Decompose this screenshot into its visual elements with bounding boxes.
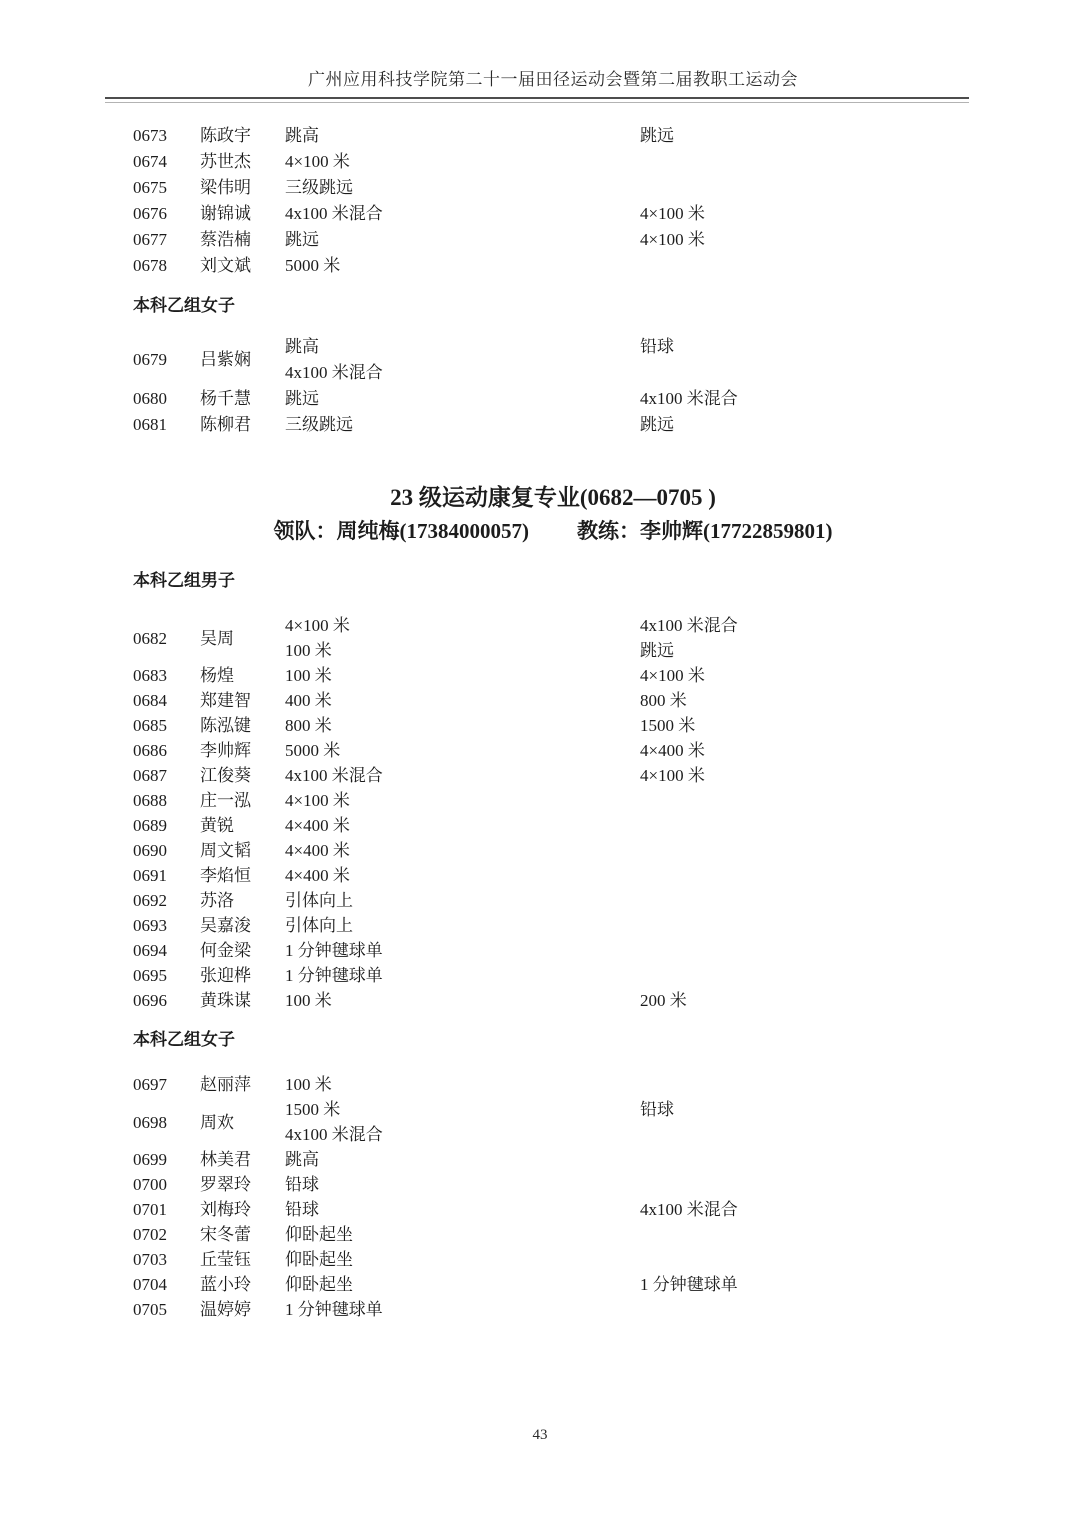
- athlete-row: 0686李帅辉5000 米4×400 米: [133, 738, 973, 763]
- athlete-row: 0698周欢1500 米4x100 米混合铅球: [133, 1097, 973, 1147]
- event-entry: 4×400 米: [285, 838, 640, 863]
- event-entry: 0696: [133, 988, 200, 1013]
- event-entry: 苏洛: [200, 888, 285, 913]
- athlete-row: 0700罗翠玲铅球: [133, 1172, 973, 1197]
- event-entry: 宋冬蕾: [200, 1222, 285, 1247]
- event-entry: 0676: [133, 201, 200, 227]
- athlete-row: 0675梁伟明三级跳远: [133, 175, 973, 201]
- event-entry: 4x100 米混合: [640, 386, 973, 412]
- event-entry: 陈泓键: [200, 713, 285, 738]
- athlete-number: 0698: [133, 1097, 200, 1147]
- athlete-events-secondary: [640, 813, 973, 838]
- athlete-events-primary: 跳高: [285, 123, 640, 149]
- event-entry: 4×100 米: [640, 201, 973, 227]
- athlete-events-primary: 引体向上: [285, 913, 640, 938]
- athlete-events-primary: 800 米: [285, 713, 640, 738]
- event-entry: 0675: [133, 175, 200, 201]
- athlete-events-primary: 跳远: [285, 386, 640, 412]
- running-header-title: 广州应用科技学院第二十一届田径运动会暨第二届教职工运动会: [133, 70, 973, 89]
- athlete-name: 李帅辉: [200, 738, 285, 763]
- athlete-events-primary: 跳远: [285, 227, 640, 253]
- roster-group-women-2: 0697赵丽萍100 米0698周欢1500 米4x100 米混合铅球0699林…: [133, 1072, 973, 1322]
- athlete-number: 0684: [133, 688, 200, 713]
- event-entry: 0688: [133, 788, 200, 813]
- event-entry: 梁伟明: [200, 175, 285, 201]
- event-entry: 4x100 米混合: [640, 1197, 973, 1222]
- document-content: 0673陈政宇跳高跳远0674苏世杰4×100 米0675梁伟明三级跳远0676…: [133, 123, 973, 1322]
- event-entry: 4x100 米混合: [285, 1122, 640, 1147]
- athlete-number: 0697: [133, 1072, 200, 1097]
- event-entry: 三级跳远: [285, 175, 640, 201]
- event-entry: 跳远: [640, 123, 973, 149]
- athlete-number: 0703: [133, 1247, 200, 1272]
- event-entry: 0681: [133, 412, 200, 438]
- event-entry: 200 米: [640, 988, 973, 1013]
- athlete-row: 0677蔡浩楠跳远4×100 米: [133, 227, 973, 253]
- athlete-name: 陈柳君: [200, 412, 285, 438]
- athlete-number: 0675: [133, 175, 200, 201]
- team-coach-text: 教练：李帅辉(17722859801): [577, 516, 833, 546]
- event-entry: 仰卧起坐: [285, 1272, 640, 1297]
- athlete-name: 杨煌: [200, 663, 285, 688]
- athlete-row: 0685陈泓键800 米1500 米: [133, 713, 973, 738]
- event-entry: 蔡浩楠: [200, 227, 285, 253]
- athlete-name: 温婷婷: [200, 1297, 285, 1322]
- event-entry: 苏世杰: [200, 149, 285, 175]
- athlete-number: 0683: [133, 663, 200, 688]
- event-entry: 4×100 米: [285, 788, 640, 813]
- athlete-events-primary: 4×100 米: [285, 149, 640, 175]
- event-entry: 黄锐: [200, 813, 285, 838]
- event-entry: 跳远: [640, 412, 973, 438]
- athlete-name: 罗翠玲: [200, 1172, 285, 1197]
- athlete-events-secondary: [640, 1147, 973, 1172]
- athlete-name: 苏洛: [200, 888, 285, 913]
- event-entry: 跳远: [285, 386, 640, 412]
- athlete-row: 0699林美君跳高: [133, 1147, 973, 1172]
- athlete-number: 0701: [133, 1197, 200, 1222]
- athlete-events-primary: 100 米: [285, 988, 640, 1013]
- event-entry: 4×100 米: [640, 663, 973, 688]
- athlete-events-primary: 4x100 米混合: [285, 201, 640, 227]
- athlete-events-secondary: 4×100 米: [640, 227, 973, 253]
- athlete-events-secondary: 跳远: [640, 412, 973, 438]
- athlete-number: 0687: [133, 763, 200, 788]
- event-entry: 吕紫娴: [200, 347, 285, 373]
- athlete-events-secondary: 4×100 米: [640, 201, 973, 227]
- event-entry: 0673: [133, 123, 200, 149]
- event-entry: 0701: [133, 1197, 200, 1222]
- event-entry: 蓝小玲: [200, 1272, 285, 1297]
- roster-group-continuation: 0673陈政宇跳高跳远0674苏世杰4×100 米0675梁伟明三级跳远0676…: [133, 123, 973, 279]
- athlete-events-secondary: 4×100 米: [640, 763, 973, 788]
- athlete-number: 0689: [133, 813, 200, 838]
- event-entry: 杨煌: [200, 663, 285, 688]
- athlete-row: 0688庄一泓4×100 米: [133, 788, 973, 813]
- athlete-name: 吴嘉浚: [200, 913, 285, 938]
- event-entry: 0704: [133, 1272, 200, 1297]
- athlete-events-secondary: [640, 1222, 973, 1247]
- document-page: 广州应用科技学院第二十一届田径运动会暨第二届教职工运动会 0673陈政宇跳高跳远…: [0, 0, 1080, 1515]
- event-entry: 0685: [133, 713, 200, 738]
- event-entry: 跳远: [285, 227, 640, 253]
- athlete-number: 0696: [133, 988, 200, 1013]
- event-entry: 4x100 米混合: [285, 201, 640, 227]
- athlete-events-primary: 4×400 米: [285, 838, 640, 863]
- event-entry: 跳高: [285, 1147, 640, 1172]
- event-entry: 仰卧起坐: [285, 1222, 640, 1247]
- athlete-events-primary: 1 分钟毽球单: [285, 938, 640, 963]
- athlete-events-secondary: 200 米: [640, 988, 973, 1013]
- athlete-events-secondary: [640, 963, 973, 988]
- team-leader-text: 领队：周纯梅(17384000057): [274, 516, 530, 546]
- event-entry: 黄珠谋: [200, 988, 285, 1013]
- athlete-row: 0691李焰恒4×400 米: [133, 863, 973, 888]
- event-entry: 铅球: [285, 1172, 640, 1197]
- event-entry: 李焰恒: [200, 863, 285, 888]
- athlete-events-primary: 4×100 米: [285, 788, 640, 813]
- event-entry: 4x100 米混合: [285, 763, 640, 788]
- athlete-number: 0673: [133, 123, 200, 149]
- event-entry: 1 分钟毽球单: [285, 1297, 640, 1322]
- athlete-events-secondary: [640, 863, 973, 888]
- athlete-events-secondary: 4x100 米混合: [640, 1197, 973, 1222]
- athlete-events-primary: 100 米: [285, 663, 640, 688]
- athlete-row: 0687江俊葵4x100 米混合4×100 米: [133, 763, 973, 788]
- event-entry: 0674: [133, 149, 200, 175]
- event-entry: 4x100 米混合: [285, 360, 640, 386]
- event-entry: 跳远: [640, 638, 973, 663]
- event-entry: 1 分钟毽球单: [285, 938, 640, 963]
- athlete-events-secondary: [640, 149, 973, 175]
- athlete-name: 苏世杰: [200, 149, 285, 175]
- event-entry: 0684: [133, 688, 200, 713]
- athlete-number: 0676: [133, 201, 200, 227]
- athlete-name: 周文韬: [200, 838, 285, 863]
- athlete-events-secondary: 4×100 米: [640, 663, 973, 688]
- athlete-name: 郑建智: [200, 688, 285, 713]
- event-entry: 江俊葵: [200, 763, 285, 788]
- athlete-name: 刘梅玲: [200, 1197, 285, 1222]
- athlete-events-primary: 5000 米: [285, 738, 640, 763]
- event-entry: 铅球: [285, 1197, 640, 1222]
- athlete-number: 0690: [133, 838, 200, 863]
- event-entry: 400 米: [285, 688, 640, 713]
- athlete-number: 0705: [133, 1297, 200, 1322]
- athlete-number: 0685: [133, 713, 200, 738]
- athlete-events-secondary: [640, 1247, 973, 1272]
- athlete-events-secondary: 4x100 米混合跳远: [640, 613, 973, 663]
- athlete-events-secondary: [640, 1297, 973, 1322]
- event-entry: 铅球: [640, 1097, 973, 1122]
- event-entry: 周欢: [200, 1110, 285, 1135]
- event-entry: 0694: [133, 938, 200, 963]
- event-entry: 100 米: [285, 988, 640, 1013]
- athlete-row: 0681陈柳君三级跳远跳远: [133, 412, 973, 438]
- section-label-undergrad-b-women-2: 本科乙组女子: [133, 1027, 973, 1053]
- event-entry: 0687: [133, 763, 200, 788]
- athlete-events-primary: 铅球: [285, 1197, 640, 1222]
- athlete-number: 0682: [133, 613, 200, 663]
- athlete-number: 0674: [133, 149, 200, 175]
- event-entry: 4×100 米: [640, 227, 973, 253]
- event-entry: 0705: [133, 1297, 200, 1322]
- event-entry: 引体向上: [285, 913, 640, 938]
- athlete-name: 杨千慧: [200, 386, 285, 412]
- event-entry: 0690: [133, 838, 200, 863]
- athlete-name: 吴周: [200, 613, 285, 663]
- event-entry: 0698: [133, 1110, 200, 1135]
- athlete-number: 0688: [133, 788, 200, 813]
- event-entry: 刘文斌: [200, 253, 285, 279]
- event-entry: 1 分钟毽球单: [640, 1272, 973, 1297]
- athlete-events-primary: 400 米: [285, 688, 640, 713]
- athlete-number: 0686: [133, 738, 200, 763]
- athlete-name: 梁伟明: [200, 175, 285, 201]
- athlete-number: 0694: [133, 938, 200, 963]
- athlete-number: 0699: [133, 1147, 200, 1172]
- program-title: 23 级运动康复专业(0682—0705 ): [133, 482, 973, 514]
- athlete-row: 0683杨煌100 米4×100 米: [133, 663, 973, 688]
- section-label-undergrad-b-men: 本科乙组男子: [133, 568, 973, 594]
- athlete-events-primary: 5000 米: [285, 253, 640, 279]
- athlete-events-secondary: [640, 1172, 973, 1197]
- event-entry: 0686: [133, 738, 200, 763]
- event-entry: 铅球: [640, 334, 973, 360]
- athlete-number: 0691: [133, 863, 200, 888]
- event-entry: 仰卧起坐: [285, 1247, 640, 1272]
- athlete-events-primary: 1500 米4x100 米混合: [285, 1097, 640, 1147]
- athlete-row: 0679吕紫娴跳高4x100 米混合铅球: [133, 334, 973, 386]
- athlete-number: 0704: [133, 1272, 200, 1297]
- athlete-name: 张迎桦: [200, 963, 285, 988]
- athlete-name: 黄珠谋: [200, 988, 285, 1013]
- event-entry: 0692: [133, 888, 200, 913]
- event-entry: 引体向上: [285, 888, 640, 913]
- event-entry: 0695: [133, 963, 200, 988]
- athlete-row: 0694何金梁1 分钟毽球单: [133, 938, 973, 963]
- event-entry: 0683: [133, 663, 200, 688]
- athlete-name: 刘文斌: [200, 253, 285, 279]
- event-entry: 何金梁: [200, 938, 285, 963]
- event-entry: 陈政宇: [200, 123, 285, 149]
- athlete-events-secondary: 铅球: [640, 334, 973, 386]
- page-number: 43: [0, 1424, 1080, 1446]
- header-rule: [105, 97, 969, 103]
- event-entry: 0679: [133, 347, 200, 373]
- event-entry: 0703: [133, 1247, 200, 1272]
- event-entry: 100 米: [285, 663, 640, 688]
- event-entry: 1500 米: [285, 1097, 640, 1122]
- event-entry: 丘莹钰: [200, 1247, 285, 1272]
- athlete-row: 0693吴嘉浚引体向上: [133, 913, 973, 938]
- athlete-name: 江俊葵: [200, 763, 285, 788]
- event-entry: 李帅辉: [200, 738, 285, 763]
- event-entry: 5000 米: [285, 738, 640, 763]
- event-entry: 4×400 米: [285, 863, 640, 888]
- athlete-name: 林美君: [200, 1147, 285, 1172]
- athlete-events-primary: 仰卧起坐: [285, 1272, 640, 1297]
- event-entry: 4×100 米: [640, 763, 973, 788]
- event-entry: 刘梅玲: [200, 1197, 285, 1222]
- program-staff-line: 领队：周纯梅(17384000057) 教练：李帅辉(17722859801): [133, 516, 973, 546]
- event-entry: 0691: [133, 863, 200, 888]
- athlete-events-secondary: 跳远: [640, 123, 973, 149]
- athlete-name: 周欢: [200, 1097, 285, 1147]
- athlete-events-primary: 跳高4x100 米混合: [285, 334, 640, 386]
- athlete-events-primary: 铅球: [285, 1172, 640, 1197]
- athlete-row: 0680杨千慧跳远4x100 米混合: [133, 386, 973, 412]
- athlete-name: 黄锐: [200, 813, 285, 838]
- event-entry: 1500 米: [640, 713, 973, 738]
- event-entry: 4×400 米: [640, 738, 973, 763]
- event-entry: 100 米: [285, 1072, 640, 1097]
- athlete-events-secondary: [640, 175, 973, 201]
- athlete-events-primary: 仰卧起坐: [285, 1222, 640, 1247]
- athlete-events-primary: 仰卧起坐: [285, 1247, 640, 1272]
- athlete-number: 0695: [133, 963, 200, 988]
- event-entry: 温婷婷: [200, 1297, 285, 1322]
- event-entry: 赵丽萍: [200, 1072, 285, 1097]
- athlete-events-secondary: 800 米: [640, 688, 973, 713]
- event-entry: 1 分钟毽球单: [285, 963, 640, 988]
- athlete-events-primary: 跳高: [285, 1147, 640, 1172]
- athlete-row: 0696黄珠谋100 米200 米: [133, 988, 973, 1013]
- event-entry: 4×100 米: [285, 149, 640, 175]
- athlete-row: 0682吴周4×100 米100 米4x100 米混合跳远: [133, 613, 973, 663]
- athlete-row: 0702宋冬蕾仰卧起坐: [133, 1222, 973, 1247]
- event-entry: 三级跳远: [285, 412, 640, 438]
- roster-group-women: 0679吕紫娴跳高4x100 米混合铅球0680杨千慧跳远4x100 米混合06…: [133, 334, 973, 438]
- event-entry: 庄一泓: [200, 788, 285, 813]
- event-entry: 0702: [133, 1222, 200, 1247]
- athlete-name: 谢锦诚: [200, 201, 285, 227]
- athlete-events-primary: 1 分钟毽球单: [285, 963, 640, 988]
- athlete-events-primary: 100 米: [285, 1072, 640, 1097]
- roster-group-men: 0682吴周4×100 米100 米4x100 米混合跳远0683杨煌100 米…: [133, 613, 973, 1013]
- athlete-events-primary: 三级跳远: [285, 412, 640, 438]
- event-entry: 800 米: [640, 688, 973, 713]
- athlete-number: 0681: [133, 412, 200, 438]
- athlete-number: 0692: [133, 888, 200, 913]
- athlete-name: 庄一泓: [200, 788, 285, 813]
- athlete-name: 丘莹钰: [200, 1247, 285, 1272]
- event-entry: 5000 米: [285, 253, 640, 279]
- athlete-events-secondary: 1500 米: [640, 713, 973, 738]
- athlete-name: 蓝小玲: [200, 1272, 285, 1297]
- athlete-row: 0705温婷婷1 分钟毽球单: [133, 1297, 973, 1322]
- event-entry: 0680: [133, 386, 200, 412]
- athlete-events-secondary: [640, 788, 973, 813]
- athlete-events-primary: 4×100 米100 米: [285, 613, 640, 663]
- athlete-events-primary: 4x100 米混合: [285, 763, 640, 788]
- athlete-name: 赵丽萍: [200, 1072, 285, 1097]
- athlete-row: 0676谢锦诚4x100 米混合4×100 米: [133, 201, 973, 227]
- athlete-row: 0697赵丽萍100 米: [133, 1072, 973, 1097]
- athlete-events-secondary: [640, 938, 973, 963]
- event-entry: 800 米: [285, 713, 640, 738]
- athlete-events-primary: 1 分钟毽球单: [285, 1297, 640, 1322]
- athlete-row: 0704蓝小玲仰卧起坐1 分钟毽球单: [133, 1272, 973, 1297]
- event-entry: 吴嘉浚: [200, 913, 285, 938]
- athlete-events-secondary: [640, 888, 973, 913]
- athlete-number: 0700: [133, 1172, 200, 1197]
- athlete-number: 0677: [133, 227, 200, 253]
- event-entry: 周文韬: [200, 838, 285, 863]
- athlete-number: 0702: [133, 1222, 200, 1247]
- event-entry: 跳高: [285, 123, 640, 149]
- event-entry: 跳高: [285, 334, 640, 360]
- athlete-row: 0703丘莹钰仰卧起坐: [133, 1247, 973, 1272]
- event-entry: 郑建智: [200, 688, 285, 713]
- athlete-row: 0692苏洛引体向上: [133, 888, 973, 913]
- athlete-events-secondary: 铅球: [640, 1097, 973, 1147]
- event-entry: 张迎桦: [200, 963, 285, 988]
- event-entry: 4×100 米: [285, 613, 640, 638]
- event-entry: 陈柳君: [200, 412, 285, 438]
- athlete-row: 0695张迎桦1 分钟毽球单: [133, 963, 973, 988]
- athlete-row: 0689黄锐4×400 米: [133, 813, 973, 838]
- athlete-events-secondary: [640, 253, 973, 279]
- athlete-row: 0684郑建智400 米800 米: [133, 688, 973, 713]
- event-entry: 林美君: [200, 1147, 285, 1172]
- athlete-number: 0680: [133, 386, 200, 412]
- event-entry: 杨千慧: [200, 386, 285, 412]
- athlete-events-primary: 三级跳远: [285, 175, 640, 201]
- event-entry: 谢锦诚: [200, 201, 285, 227]
- section-label-undergrad-b-women: 本科乙组女子: [133, 293, 973, 319]
- athlete-events-secondary: 1 分钟毽球单: [640, 1272, 973, 1297]
- event-entry: 0699: [133, 1147, 200, 1172]
- athlete-events-primary: 4×400 米: [285, 863, 640, 888]
- athlete-row: 0673陈政宇跳高跳远: [133, 123, 973, 149]
- athlete-name: 蔡浩楠: [200, 227, 285, 253]
- event-entry: 0697: [133, 1072, 200, 1097]
- athlete-row: 0701刘梅玲铅球4x100 米混合: [133, 1197, 973, 1222]
- athlete-events-primary: 引体向上: [285, 888, 640, 913]
- athlete-name: 吕紫娴: [200, 334, 285, 386]
- athlete-events-secondary: [640, 913, 973, 938]
- athlete-name: 陈泓键: [200, 713, 285, 738]
- event-entry: 4×400 米: [285, 813, 640, 838]
- athlete-name: 宋冬蕾: [200, 1222, 285, 1247]
- athlete-number: 0679: [133, 334, 200, 386]
- event-entry: 0693: [133, 913, 200, 938]
- event-entry: 0677: [133, 227, 200, 253]
- athlete-events-secondary: [640, 838, 973, 863]
- athlete-number: 0678: [133, 253, 200, 279]
- athlete-name: 何金梁: [200, 938, 285, 963]
- athlete-name: 陈政宇: [200, 123, 285, 149]
- athlete-row: 0678刘文斌5000 米: [133, 253, 973, 279]
- athlete-name: 李焰恒: [200, 863, 285, 888]
- athlete-row: 0690周文韬4×400 米: [133, 838, 973, 863]
- athlete-events-primary: 4×400 米: [285, 813, 640, 838]
- event-entry: 罗翠玲: [200, 1172, 285, 1197]
- event-entry: 4x100 米混合: [640, 613, 973, 638]
- athlete-events-secondary: 4x100 米混合: [640, 386, 973, 412]
- athlete-events-secondary: 4×400 米: [640, 738, 973, 763]
- athlete-row: 0674苏世杰4×100 米: [133, 149, 973, 175]
- athlete-number: 0693: [133, 913, 200, 938]
- event-entry: 0700: [133, 1172, 200, 1197]
- event-entry: 吴周: [200, 626, 285, 651]
- event-entry: 0682: [133, 626, 200, 651]
- athlete-events-secondary: [640, 1072, 973, 1097]
- event-entry: 100 米: [285, 638, 640, 663]
- event-entry: 0678: [133, 253, 200, 279]
- event-entry: 0689: [133, 813, 200, 838]
